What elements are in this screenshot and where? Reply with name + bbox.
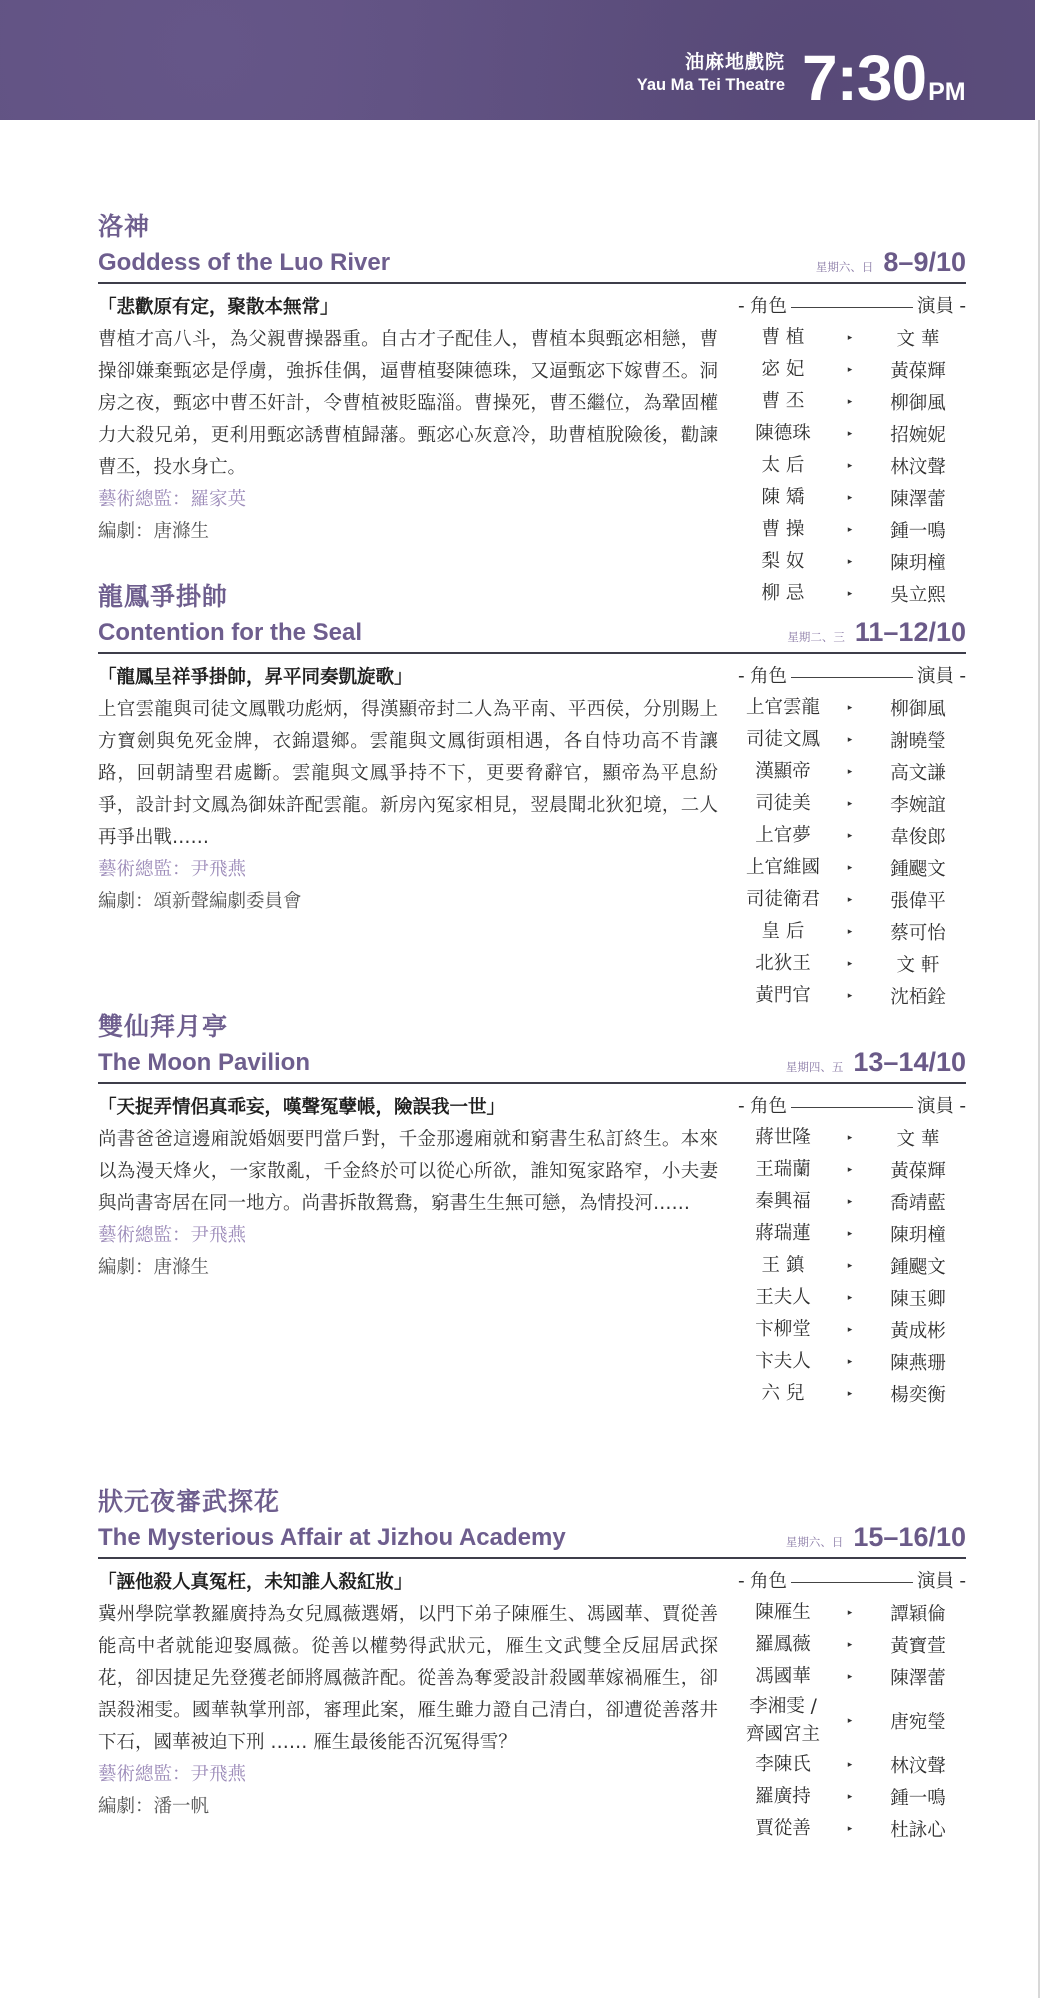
role-name: 太 后 bbox=[736, 452, 830, 480]
dash: - bbox=[954, 1092, 966, 1122]
actor-name: 楊奕衡 bbox=[870, 1381, 966, 1407]
show-date: 星期四、五 13–14/10 bbox=[786, 1047, 966, 1078]
dash: - bbox=[738, 662, 750, 692]
role-column-label: 角色 bbox=[750, 1567, 787, 1597]
actor-name: 韋俊郎 bbox=[870, 823, 966, 849]
show-goddess-luo-river: 洛神 Goddess of the Luo River 星期六、日 8–9/10… bbox=[98, 210, 966, 610]
artistic-director: 藝術總監：尹飛燕 bbox=[98, 1759, 718, 1791]
cast-row: 羅鳳薇▸黃寶萱 bbox=[736, 1629, 966, 1661]
cast-header: -角色演員- bbox=[736, 1092, 966, 1122]
divider bbox=[98, 652, 966, 654]
artistic-director: 藝術總監：尹飛燕 bbox=[98, 1220, 718, 1252]
dash: - bbox=[738, 1567, 750, 1597]
role-name: 王瑞蘭 bbox=[736, 1156, 830, 1184]
role-name: 司徒文鳳 bbox=[736, 726, 830, 754]
cast-row: 蔣世隆▸文 華 bbox=[736, 1122, 966, 1154]
arrow-icon: ▸ bbox=[830, 429, 870, 439]
arrow-icon: ▸ bbox=[830, 863, 870, 873]
tagline: 「悲歡原有定，聚散本無常」 bbox=[98, 292, 718, 324]
show-date: 星期六、日 8–9/10 bbox=[816, 247, 966, 278]
role-column-label: 角色 bbox=[750, 662, 787, 692]
arrow-icon: ▸ bbox=[830, 735, 870, 745]
arrow-icon: ▸ bbox=[830, 365, 870, 375]
cast-list: -角色演員-蔣世隆▸文 華王瑞蘭▸黃葆輝秦興福▸喬靖藍蔣瑞蓮▸陳玥橦王 鎮▸鍾颸… bbox=[736, 1092, 966, 1410]
synopsis: 「誣他殺人真冤枉，未知誰人殺紅妝」 冀州學院掌教羅廣持為女兒鳳薇選婿，以門下弟子… bbox=[98, 1567, 718, 1845]
arrow-icon: ▸ bbox=[830, 1229, 870, 1239]
show-title-zh: 狀元夜審武探花 bbox=[98, 1485, 966, 1519]
venue-name-en: Yau Ma Tei Theatre bbox=[637, 74, 785, 96]
cast-row: 上官夢▸韋俊郎 bbox=[736, 820, 966, 852]
tagline: 「誣他殺人真冤枉，未知誰人殺紅妝」 bbox=[98, 1567, 718, 1599]
cast-row: 賈從善▸杜詠心 bbox=[736, 1813, 966, 1845]
role-name: 梨 奴 bbox=[736, 548, 830, 576]
actor-name: 黃寶萱 bbox=[870, 1632, 966, 1658]
show-date-range: 11–12/10 bbox=[855, 617, 966, 648]
role-name: 李湘雯 / 齊國宮主 bbox=[736, 1693, 830, 1749]
arrow-icon: ▸ bbox=[830, 461, 870, 471]
cast-row: 王夫人▸陳玉卿 bbox=[736, 1282, 966, 1314]
actor-name: 謝曉瑩 bbox=[870, 727, 966, 753]
actor-name: 鍾颸文 bbox=[870, 855, 966, 881]
page-edge bbox=[1038, 120, 1040, 1998]
cast-row: 王瑞蘭▸黃葆輝 bbox=[736, 1154, 966, 1186]
show-mysterious-affair-jizhou: 狀元夜審武探花 The Mysterious Affair at Jizhou … bbox=[98, 1485, 966, 1845]
cast-list: -角色演員-曹 植▸文 華宓 妃▸黃葆輝曹 丕▸柳御風陳德珠▸招婉妮太 后▸林汶… bbox=[736, 292, 966, 610]
arrow-icon: ▸ bbox=[830, 1357, 870, 1367]
actor-name: 文 軒 bbox=[870, 951, 966, 977]
dash: - bbox=[738, 292, 750, 322]
cast-row: 李湘雯 / 齊國宮主▸唐宛瑩 bbox=[736, 1693, 966, 1749]
arrow-icon: ▸ bbox=[830, 1133, 870, 1143]
actor-name: 陳玥橦 bbox=[870, 1221, 966, 1247]
cast-row: 陳 矯▸陳澤蕾 bbox=[736, 482, 966, 514]
arrow-icon: ▸ bbox=[830, 831, 870, 841]
role-name: 漢顯帝 bbox=[736, 758, 830, 786]
role-column-label: 角色 bbox=[750, 292, 787, 322]
show-title-en: The Mysterious Affair at Jizhou Academy bbox=[98, 1523, 566, 1553]
actor-name: 蔡可怡 bbox=[870, 919, 966, 945]
cast-row: 梨 奴▸陳玥橦 bbox=[736, 546, 966, 578]
cast-header: -角色演員- bbox=[736, 292, 966, 322]
cast-row: 曹 操▸鍾一鳴 bbox=[736, 514, 966, 546]
role-name: 卞夫人 bbox=[736, 1348, 830, 1376]
cast-row: 北狄王▸文 軒 bbox=[736, 948, 966, 980]
role-name: 上官雲龍 bbox=[736, 694, 830, 722]
actor-name: 高文謙 bbox=[870, 759, 966, 785]
arrow-icon: ▸ bbox=[830, 493, 870, 503]
cast-row: 上官維國▸鍾颸文 bbox=[736, 852, 966, 884]
divider-line bbox=[791, 1107, 913, 1108]
show-date: 星期二、三 11–12/10 bbox=[787, 617, 966, 648]
show-date-range: 8–9/10 bbox=[883, 247, 966, 278]
arrow-icon: ▸ bbox=[830, 1261, 870, 1271]
actor-name: 黃成彬 bbox=[870, 1317, 966, 1343]
showtime-value: 7:30 bbox=[802, 42, 926, 114]
synopsis-text: 曹植才高八斗，為父親曹操器重。自古才子配佳人，曹植本與甄宓相戀，曹操卻嫌棄甄宓是… bbox=[98, 324, 718, 484]
arrow-icon: ▸ bbox=[830, 1165, 870, 1175]
actor-column-label: 演員 bbox=[917, 662, 954, 692]
show-title-en: The Moon Pavilion bbox=[98, 1048, 310, 1078]
show-title-zh: 龍鳳爭掛帥 bbox=[98, 580, 966, 614]
actor-name: 李婉誼 bbox=[870, 791, 966, 817]
role-column-label: 角色 bbox=[750, 1092, 787, 1122]
cast-header: -角色演員- bbox=[736, 1567, 966, 1597]
cast-row: 太 后▸林汶聲 bbox=[736, 450, 966, 482]
role-name: 曹 操 bbox=[736, 516, 830, 544]
cast-row: 馮國華▸陳澤蕾 bbox=[736, 1661, 966, 1693]
cast-row: 李陳氏▸林汶聲 bbox=[736, 1749, 966, 1781]
role-name: 蔣世隆 bbox=[736, 1124, 830, 1152]
divider bbox=[98, 1082, 966, 1084]
role-name: 上官夢 bbox=[736, 822, 830, 850]
divider bbox=[98, 1557, 966, 1559]
show-title-en: Contention for the Seal bbox=[98, 618, 362, 648]
actor-name: 鍾颸文 bbox=[870, 1253, 966, 1279]
role-name: 曹 丕 bbox=[736, 388, 830, 416]
arrow-icon: ▸ bbox=[830, 1608, 870, 1618]
arrow-icon: ▸ bbox=[830, 1824, 870, 1834]
divider bbox=[98, 282, 966, 284]
arrow-icon: ▸ bbox=[830, 1672, 870, 1682]
synopsis-text: 冀州學院掌教羅廣持為女兒鳳薇選婿，以門下弟子陳雁生、馮國華、賈從善能高中者就能迎… bbox=[98, 1599, 718, 1759]
role-name: 賈從善 bbox=[736, 1815, 830, 1843]
arrow-icon: ▸ bbox=[830, 1640, 870, 1650]
role-name: 卞柳堂 bbox=[736, 1316, 830, 1344]
actor-column-label: 演員 bbox=[917, 1092, 954, 1122]
role-name: 上官維國 bbox=[736, 854, 830, 882]
cast-row: 秦興福▸喬靖藍 bbox=[736, 1186, 966, 1218]
actor-name: 喬靖藍 bbox=[870, 1189, 966, 1215]
arrow-icon: ▸ bbox=[830, 1760, 870, 1770]
venue-name-zh: 油麻地戲院 bbox=[637, 50, 785, 74]
cast-row: 黃門官▸沈栢銓 bbox=[736, 980, 966, 1012]
header-band: 油麻地戲院 Yau Ma Tei Theatre 7:30PM bbox=[0, 0, 1035, 120]
venue: 油麻地戲院 Yau Ma Tei Theatre bbox=[637, 50, 785, 96]
synopsis-text: 上官雲龍與司徒文鳳戰功彪炳，得漢顯帝封二人為平南、平西侯，分別賜上方寶劍與免死金… bbox=[98, 694, 718, 854]
actor-name: 陳玥橦 bbox=[870, 549, 966, 575]
actor-name: 文 華 bbox=[870, 325, 966, 351]
dash: - bbox=[738, 1092, 750, 1122]
arrow-icon: ▸ bbox=[830, 799, 870, 809]
synopsis: 「龍鳳呈祥爭掛帥，昇平同奏凱旋歌」 上官雲龍與司徒文鳳戰功彪炳，得漢顯帝封二人為… bbox=[98, 662, 718, 1012]
actor-name: 陳玉卿 bbox=[870, 1285, 966, 1311]
role-name: 曹 植 bbox=[736, 324, 830, 352]
arrow-icon: ▸ bbox=[830, 895, 870, 905]
actor-name: 黃葆輝 bbox=[870, 1157, 966, 1183]
role-name: 秦興福 bbox=[736, 1188, 830, 1216]
cast-row: 陳雁生▸譚穎倫 bbox=[736, 1597, 966, 1629]
role-name: 羅鳳薇 bbox=[736, 1631, 830, 1659]
role-name: 李陳氏 bbox=[736, 1751, 830, 1779]
synopsis: 「悲歡原有定，聚散本無常」 曹植才高八斗，為父親曹操器重。自古才子配佳人，曹植本… bbox=[98, 292, 718, 610]
cast-row: 六 兒▸楊奕衡 bbox=[736, 1378, 966, 1410]
actor-name: 沈栢銓 bbox=[870, 983, 966, 1009]
cast-row: 上官雲龍▸柳御風 bbox=[736, 692, 966, 724]
dash: - bbox=[954, 1567, 966, 1597]
show-date-range: 15–16/10 bbox=[853, 1522, 966, 1553]
show-moon-pavilion: 雙仙拜月亭 The Moon Pavilion 星期四、五 13–14/10 「… bbox=[98, 1010, 966, 1410]
role-name: 陳雁生 bbox=[736, 1599, 830, 1627]
actor-column-label: 演員 bbox=[917, 292, 954, 322]
role-name: 黃門官 bbox=[736, 982, 830, 1010]
playwright: 編劇：潘一帆 bbox=[98, 1791, 718, 1823]
arrow-icon: ▸ bbox=[830, 557, 870, 567]
tagline: 「龍鳳呈祥爭掛帥，昇平同奏凱旋歌」 bbox=[98, 662, 718, 694]
arrow-icon: ▸ bbox=[830, 991, 870, 1001]
show-weekday: 星期四、五 bbox=[786, 1059, 844, 1075]
cast-row: 司徒美▸李婉誼 bbox=[736, 788, 966, 820]
role-name: 王 鎮 bbox=[736, 1252, 830, 1280]
show-title-zh: 雙仙拜月亭 bbox=[98, 1010, 966, 1044]
cast-row: 漢顯帝▸高文謙 bbox=[736, 756, 966, 788]
arrow-icon: ▸ bbox=[830, 333, 870, 343]
cast-list: -角色演員-陳雁生▸譚穎倫羅鳳薇▸黃寶萱馮國華▸陳澤蕾李湘雯 / 齊國宮主▸唐宛… bbox=[736, 1567, 966, 1845]
cast-row: 卞夫人▸陳燕珊 bbox=[736, 1346, 966, 1378]
cast-row: 宓 妃▸黃葆輝 bbox=[736, 354, 966, 386]
cast-row: 皇 后▸蔡可怡 bbox=[736, 916, 966, 948]
actor-name: 張偉平 bbox=[870, 887, 966, 913]
synopsis-text: 尚書爸爸這邊廂說婚姻要門當戶對，千金那邊廂就和窮書生私訂終生。本來以為漫天烽火，… bbox=[98, 1124, 718, 1220]
dash: - bbox=[954, 662, 966, 692]
role-name: 北狄王 bbox=[736, 950, 830, 978]
synopsis: 「天捉弄情侶真乖妄，嘆聲冤孽帳，險誤我一世」 尚書爸爸這邊廂說婚姻要門當戶對，千… bbox=[98, 1092, 718, 1410]
role-name: 羅廣持 bbox=[736, 1783, 830, 1811]
cast-row: 司徒文鳳▸謝曉瑩 bbox=[736, 724, 966, 756]
cast-row: 王 鎮▸鍾颸文 bbox=[736, 1250, 966, 1282]
arrow-icon: ▸ bbox=[830, 703, 870, 713]
role-name: 陳 矯 bbox=[736, 484, 830, 512]
playwright: 編劇：頌新聲編劇委員會 bbox=[98, 886, 718, 918]
arrow-icon: ▸ bbox=[830, 927, 870, 937]
arrow-icon: ▸ bbox=[830, 767, 870, 777]
actor-name: 鍾一鳴 bbox=[870, 517, 966, 543]
role-name: 馮國華 bbox=[736, 1663, 830, 1691]
actor-name: 柳御風 bbox=[870, 389, 966, 415]
actor-name: 招婉妮 bbox=[870, 421, 966, 447]
cast-row: 卞柳堂▸黃成彬 bbox=[736, 1314, 966, 1346]
showtime: 7:30PM bbox=[802, 48, 966, 108]
arrow-icon: ▸ bbox=[830, 1197, 870, 1207]
role-name: 六 兒 bbox=[736, 1380, 830, 1408]
role-name: 皇 后 bbox=[736, 918, 830, 946]
actor-name: 柳御風 bbox=[870, 695, 966, 721]
divider-line bbox=[791, 307, 913, 308]
playwright: 編劇：唐滌生 bbox=[98, 1252, 718, 1284]
playwright: 編劇：唐滌生 bbox=[98, 516, 718, 548]
actor-name: 林汶聲 bbox=[870, 1752, 966, 1778]
arrow-icon: ▸ bbox=[830, 1716, 870, 1726]
actor-name: 林汶聲 bbox=[870, 453, 966, 479]
artistic-director: 藝術總監：尹飛燕 bbox=[98, 854, 718, 886]
cast-header: -角色演員- bbox=[736, 662, 966, 692]
role-name: 司徒衛君 bbox=[736, 886, 830, 914]
cast-row: 曹 植▸文 華 bbox=[736, 322, 966, 354]
show-weekday: 星期二、三 bbox=[787, 629, 845, 645]
showtime-suffix: PM bbox=[928, 78, 966, 106]
arrow-icon: ▸ bbox=[830, 1293, 870, 1303]
arrow-icon: ▸ bbox=[830, 525, 870, 535]
show-contention-for-the-seal: 龍鳳爭掛帥 Contention for the Seal 星期二、三 11–1… bbox=[98, 580, 966, 1012]
role-name: 蔣瑞蓮 bbox=[736, 1220, 830, 1248]
role-name: 司徒美 bbox=[736, 790, 830, 818]
show-weekday: 星期六、日 bbox=[786, 1534, 844, 1550]
arrow-icon: ▸ bbox=[830, 1792, 870, 1802]
actor-name: 陳澤蕾 bbox=[870, 485, 966, 511]
actor-name: 陳澤蕾 bbox=[870, 1664, 966, 1690]
show-date-range: 13–14/10 bbox=[853, 1047, 966, 1078]
cast-row: 羅廣持▸鍾一鳴 bbox=[736, 1781, 966, 1813]
divider-line bbox=[791, 677, 913, 678]
arrow-icon: ▸ bbox=[830, 397, 870, 407]
actor-name: 鍾一鳴 bbox=[870, 1784, 966, 1810]
role-name: 王夫人 bbox=[736, 1284, 830, 1312]
actor-name: 杜詠心 bbox=[870, 1816, 966, 1842]
cast-row: 曹 丕▸柳御風 bbox=[736, 386, 966, 418]
tagline: 「天捉弄情侶真乖妄，嘆聲冤孽帳，險誤我一世」 bbox=[98, 1092, 718, 1124]
dash: - bbox=[954, 292, 966, 322]
artistic-director: 藝術總監：羅家英 bbox=[98, 484, 718, 516]
role-name: 宓 妃 bbox=[736, 356, 830, 384]
divider-line bbox=[791, 1582, 913, 1583]
show-weekday: 星期六、日 bbox=[816, 259, 874, 275]
show-title-zh: 洛神 bbox=[98, 210, 966, 244]
arrow-icon: ▸ bbox=[830, 959, 870, 969]
arrow-icon: ▸ bbox=[830, 1325, 870, 1335]
cast-row: 蔣瑞蓮▸陳玥橦 bbox=[736, 1218, 966, 1250]
actor-name: 黃葆輝 bbox=[870, 357, 966, 383]
show-date: 星期六、日 15–16/10 bbox=[786, 1522, 966, 1553]
actor-name: 文 華 bbox=[870, 1125, 966, 1151]
cast-list: -角色演員-上官雲龍▸柳御風司徒文鳳▸謝曉瑩漢顯帝▸高文謙司徒美▸李婉誼上官夢▸… bbox=[736, 662, 966, 1012]
cast-row: 陳德珠▸招婉妮 bbox=[736, 418, 966, 450]
role-name: 陳德珠 bbox=[736, 420, 830, 448]
actor-column-label: 演員 bbox=[917, 1567, 954, 1597]
show-title-en: Goddess of the Luo River bbox=[98, 248, 390, 278]
actor-name: 唐宛瑩 bbox=[870, 1708, 966, 1734]
actor-name: 譚穎倫 bbox=[870, 1600, 966, 1626]
cast-row: 司徒衛君▸張偉平 bbox=[736, 884, 966, 916]
actor-name: 陳燕珊 bbox=[870, 1349, 966, 1375]
arrow-icon: ▸ bbox=[830, 1389, 870, 1399]
